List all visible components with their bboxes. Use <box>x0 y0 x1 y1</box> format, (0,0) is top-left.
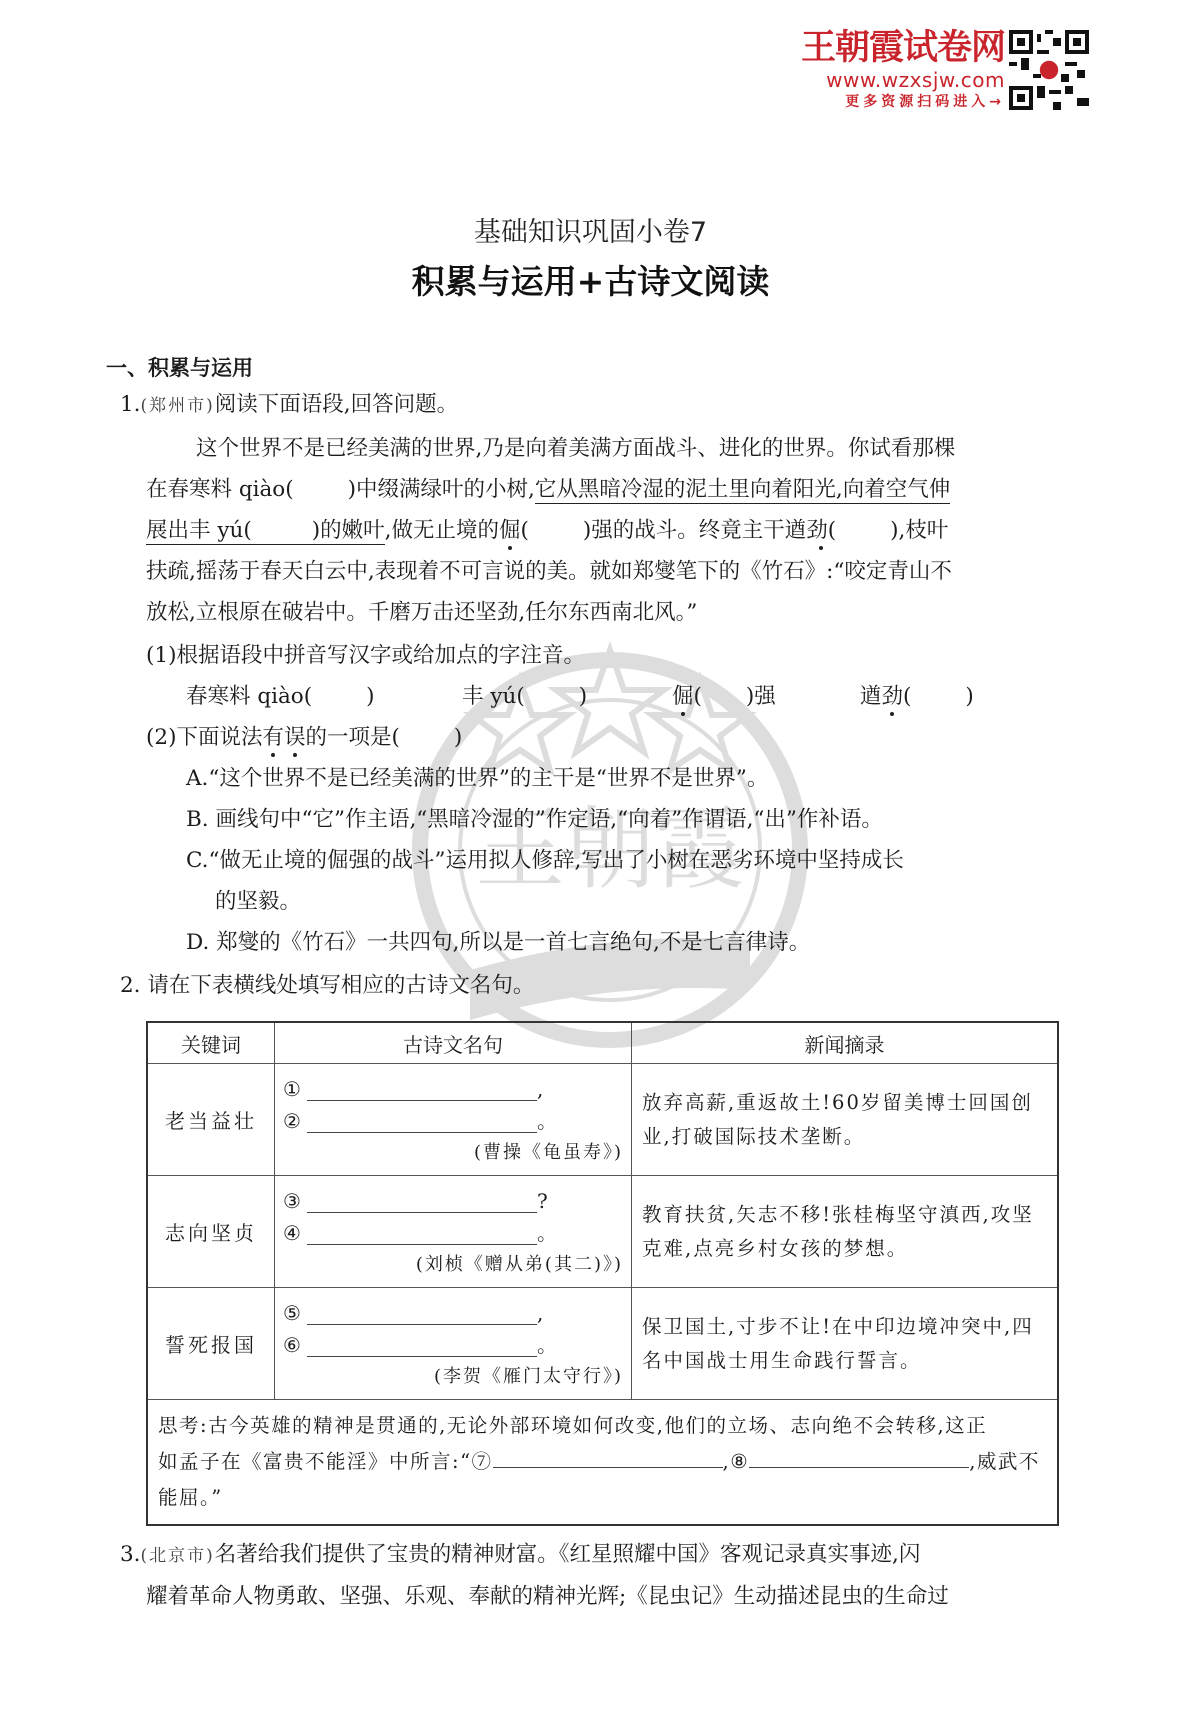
text: ),枝叶 <box>890 518 948 543</box>
brand-name: 王朝霞试卷网 <box>790 28 1005 68</box>
poem-cell: ③? ④。 (刘桢《赠从弟(其二)》) <box>275 1176 632 1288</box>
brand-block[interactable]: 王朝霞试卷网 www.wzxsjw.com 更多资源扫码进入→ <box>790 28 1005 112</box>
dotted-char: 劲 <box>882 684 904 709</box>
table-row: 志向坚贞 ③? ④。 (刘桢《赠从弟(其二)》) 教育扶贫,矢志不移!张桂梅坚守… <box>147 1176 1058 1288</box>
think-line-1: 思考:古今英雄的精神是贯通的,无论外部环境如何改变,他们的立场、志向绝不会转移,… <box>158 1408 1047 1444</box>
dotted-char: 有 <box>262 725 284 750</box>
news-cell: 教育扶贫,矢志不移!张桂梅坚守滇西,攻坚克难,点亮乡村女孩的梦想。 <box>632 1176 1059 1288</box>
table-header-keyword: 关键词 <box>147 1022 275 1064</box>
option-d[interactable]: D. 郑燮的《竹石》一共四句,所以是一首七言绝句,不是七言律诗。 <box>186 924 810 962</box>
item-jue: 倔()强 <box>672 678 776 716</box>
page-subtitle: 基础知识巩固小卷7 <box>0 210 1181 249</box>
q1-para-line-2: 在春寒料 qiào()中缀满绿叶的小树,它从黑暗冷湿的泥土里向着阳光,向着空气伸 <box>146 471 950 509</box>
attribution: (刘桢《赠从弟(其二)》) <box>283 1249 623 1281</box>
q3-text: 名著给我们提供了宝贵的精神财富。《红星照耀中国》客观记录真实事迹,闪 <box>215 1542 921 1567</box>
q1-para-line-5: 放松,立根原在破岩中。千磨万击还坚劲,任尔东西南北风。” <box>146 594 697 632</box>
section-heading: 一、积累与运用 <box>106 352 253 382</box>
q1-para-line-1: 这个世界不是已经美满的世界,乃是向着美满方面战斗、进化的世界。你试看那棵 <box>196 430 955 468</box>
q1-para-line-4: 扶疏,摇荡于春天白云中,表现着不可言说的美。就如郑燮笔下的《竹石》:“咬定青山不 <box>146 553 952 591</box>
fill-blank-6[interactable] <box>307 1336 537 1357</box>
q1-prompt-text: 阅读下面语段,回答问题。 <box>215 392 458 417</box>
q1-sub1-label: (1)根据语段中拼音写汉字或给加点的字注音。 <box>146 637 585 675</box>
q2-prompt: 2. 请在下表横线处填写相应的古诗文名句。 <box>120 967 534 1005</box>
fill-blank-4[interactable] <box>307 1224 537 1245</box>
item-qiao: 春寒料 qiào() <box>186 678 375 716</box>
text: ( <box>520 518 528 543</box>
poem-cell: ①, ②。 (曹操《龟虽寿》) <box>275 1064 632 1176</box>
fill-blank-1[interactable] <box>307 1080 537 1101</box>
item-yu: 丰 yú() <box>462 678 587 716</box>
q1-number: 1. <box>120 392 141 417</box>
q3-number: 3. <box>120 1542 141 1567</box>
table-header-news: 新闻摘录 <box>632 1022 1059 1064</box>
q1-sub2-label: (2)下面说法有误的一项是() <box>146 719 462 757</box>
keyword-cell: 志向坚贞 <box>147 1176 275 1288</box>
text: )中缀满绿叶的小树, <box>348 477 535 502</box>
poem-table: 关键词 古诗文名句 新闻摘录 老当益壮 ①, ②。 (曹操《龟虽寿》) 放弃高薪… <box>146 1021 1059 1526</box>
dotted-char: 劲( <box>806 518 836 543</box>
fill-blank-8[interactable] <box>749 1445 969 1468</box>
fill-blank-7[interactable] <box>493 1445 723 1468</box>
q1-source: (郑州市) <box>141 396 215 416</box>
keyword-cell: 誓死报国 <box>147 1288 275 1400</box>
table-row: 誓死报国 ⑤, ⑥。 (李贺《雁门太守行》) 保卫国土,寸步不让!在中印边境冲突… <box>147 1288 1058 1400</box>
q1-prompt: 1.(郑州市)阅读下面语段,回答问题。 <box>120 386 458 425</box>
poem-cell: ⑤, ⑥。 (李贺《雁门太守行》) <box>275 1288 632 1400</box>
option-a[interactable]: A.“这个世界不是已经美满的世界”的主干是“世界不是世界”。 <box>186 760 768 798</box>
option-c-cont: 的坚毅。 <box>215 883 301 921</box>
item-jin: 遒劲() <box>860 678 974 716</box>
think-line-3: 能屈。” <box>158 1480 1047 1516</box>
page-title: 积累与运用+古诗文阅读 <box>0 256 1181 303</box>
text: ,做无止境的 <box>385 518 499 543</box>
think-row: 思考:古今英雄的精神是贯通的,无论外部环境如何改变,他们的立场、志向绝不会转移,… <box>147 1400 1058 1526</box>
news-cell: 放弃高薪,重返故土!60岁留美博士回国创业,打破国际技术垄断。 <box>632 1064 1059 1176</box>
text: )强的战斗。终竟主干 <box>583 518 785 543</box>
news-cell: 保卫国土,寸步不让!在中印边境冲突中,四名中国战士用生命践行誓言。 <box>632 1288 1059 1400</box>
dotted-char: 误 <box>284 725 306 750</box>
keyword-cell: 老当益壮 <box>147 1064 275 1176</box>
brand-tagline: 更多资源扫码进入→ <box>790 92 1005 112</box>
qr-code-icon[interactable] <box>1009 30 1089 110</box>
table-row: 老当益壮 ①, ②。 (曹操《龟虽寿》) 放弃高薪,重返故土!60岁留美博士回国… <box>147 1064 1058 1176</box>
fill-blank-3[interactable] <box>307 1192 537 1213</box>
q3-line-1: 3.(北京市)名著给我们提供了宝贵的精神财富。《红星照耀中国》客观记录真实事迹,… <box>120 1536 920 1575</box>
table-header-poem: 古诗文名句 <box>275 1022 632 1064</box>
text: 遒 <box>785 518 807 543</box>
text: 在春寒料 qiào( <box>146 477 294 502</box>
attribution: (李贺《雁门太守行》) <box>283 1361 623 1393</box>
q3-line-2: 耀着革命人物勇敢、坚强、乐观、奉献的精神光辉;《昆虫记》生动描述昆虫的生命过 <box>146 1578 949 1616</box>
dotted-char: 倔 <box>672 684 694 709</box>
fill-blank-2[interactable] <box>307 1112 537 1133</box>
option-c[interactable]: C.“做无止境的倔强的战斗”运用拟人修辞,写出了小树在恶劣环境中坚持成长 <box>186 842 904 880</box>
brand-url-link[interactable]: www.wzxsjw.com <box>790 68 1005 92</box>
think-cell: 思考:古今英雄的精神是贯通的,无论外部环境如何改变,他们的立场、志向绝不会转移,… <box>147 1400 1058 1526</box>
underlined-sentence: 它从黑暗冷湿的泥土里向着阳光,向着空气伸 <box>535 477 950 504</box>
option-b[interactable]: B. 画线句中“它”作主语,“黑暗冷湿的”作定语,“向着”作谓语,“出”作补语。 <box>186 801 883 839</box>
attribution: (曹操《龟虽寿》) <box>283 1137 623 1169</box>
fill-blank-5[interactable] <box>307 1304 537 1325</box>
q1-para-line-3: 展出丰 yú()的嫩叶,做无止境的倔()强的战斗。终竟主干遒劲(),枝叶 <box>146 512 948 550</box>
underlined-sentence-end: 展出丰 yú()的嫩叶 <box>146 518 385 545</box>
think-line-2: 如孟子在《富贵不能淫》中所言:“⑦,⑧,威武不 <box>158 1444 1047 1480</box>
q3-source: (北京市) <box>141 1546 215 1566</box>
dotted-char: 倔 <box>499 518 521 543</box>
